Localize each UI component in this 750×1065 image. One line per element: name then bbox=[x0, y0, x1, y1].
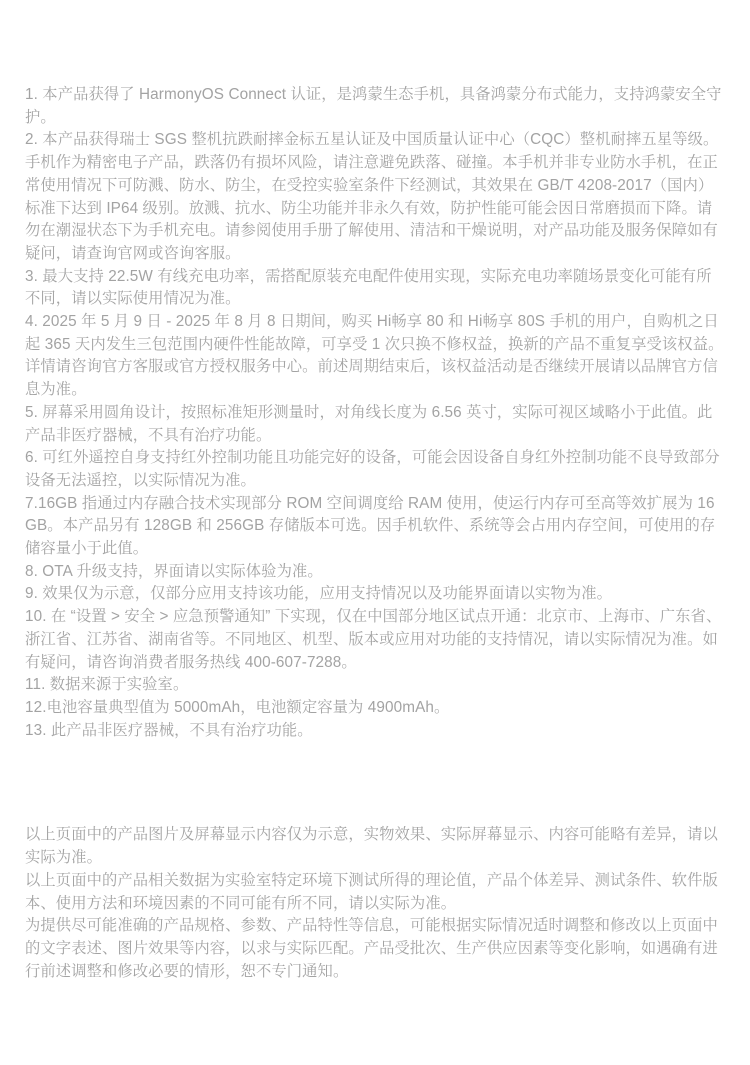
footnote-section: 以上页面中的产品图片及屏幕显示内容仅为示意，实物效果、实际屏幕显示、内容可能略有… bbox=[25, 824, 725, 983]
footnote-paragraph-2: 以上页面中的产品相关数据为实验室特定环境下测试所得的理论值，产品个体差异、测试条… bbox=[25, 870, 725, 915]
disclaimer-item-9: 9. 效果仅为示意，仅部分应用支持该功能，应用支持情况以及功能界面请以实物为准。 bbox=[25, 583, 725, 606]
footnote-paragraph-3: 为提供尽可能准确的产品规格、参数、产品特性等信息，可能根据实际情况适时调整和修改… bbox=[25, 915, 725, 983]
disclaimer-item-11: 11. 数据来源于实验室。 bbox=[25, 674, 725, 697]
disclaimer-item-12: 12.电池容量典型值为 5000mAh，电池额定容量为 4900mAh。 bbox=[25, 697, 725, 720]
disclaimer-item-5: 5. 屏幕采用圆角设计，按照标准矩形测量时，对角线长度为 6.56 英寸，实际可… bbox=[25, 402, 725, 447]
footnote-paragraph-1: 以上页面中的产品图片及屏幕显示内容仅为示意，实物效果、实际屏幕显示、内容可能略有… bbox=[25, 824, 725, 869]
disclaimer-item-6: 6. 可红外遥控自身支持红外控制功能且功能完好的设备，可能会因设备自身红外控制功… bbox=[25, 447, 725, 492]
disclaimer-item-7: 7.16GB 指通过内存融合技术实现部分 ROM 空间调度给 RAM 使用，使运… bbox=[25, 493, 725, 561]
disclaimer-item-10: 10. 在 “设置 > 安全 > 应急预警通知” 下实现，仅在中国部分地区试点开… bbox=[25, 606, 725, 674]
disclaimer-item-13: 13. 此产品非医疗器械，不具有治疗功能。 bbox=[25, 720, 725, 743]
disclaimer-item-8: 8. OTA 升级支持，界面请以实际体验为准。 bbox=[25, 561, 725, 584]
disclaimer-item-2: 2. 本产品获得瑞士 SGS 整机抗跌耐摔金标五星认证及中国质量认证中心（CQC… bbox=[25, 129, 725, 265]
disclaimer-item-4: 4. 2025 年 5 月 9 日 - 2025 年 8 月 8 日期间，购买 … bbox=[25, 311, 725, 402]
disclaimer-item-3: 3. 最大支持 22.5W 有线充电功率，需搭配原装充电配件使用实现，实际充电功… bbox=[25, 266, 725, 311]
disclaimer-list: 1. 本产品获得了 HarmonyOS Connect 认证，是鸿蒙生态手机，具… bbox=[25, 84, 725, 742]
disclaimer-item-1: 1. 本产品获得了 HarmonyOS Connect 认证，是鸿蒙生态手机，具… bbox=[25, 84, 725, 129]
product-disclaimer-page: 1. 本产品获得了 HarmonyOS Connect 认证，是鸿蒙生态手机，具… bbox=[0, 0, 750, 983]
